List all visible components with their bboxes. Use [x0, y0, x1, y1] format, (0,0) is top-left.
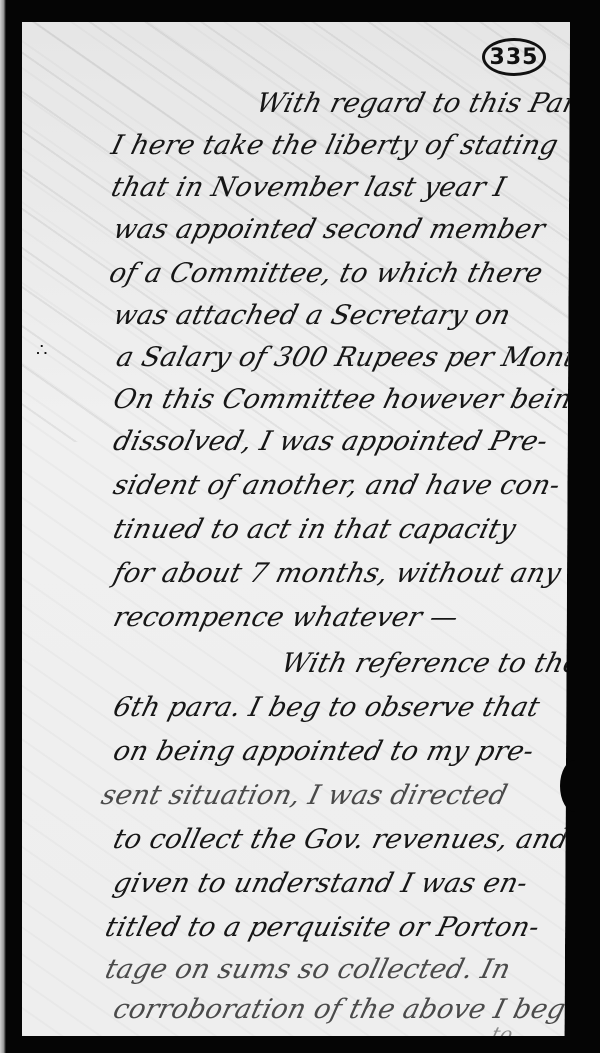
folio-number-stamp: 335 — [482, 38, 546, 76]
manuscript-line: recompence whatever — — [110, 602, 461, 633]
folio-number: 335 — [490, 45, 539, 70]
catchword: to — [489, 1022, 515, 1046]
manuscript-line: With regard to this Para. — [253, 88, 600, 119]
manuscript-line: With reference to the — [278, 648, 583, 679]
manuscript-line: on being appointed to my pre- — [110, 736, 537, 767]
binding-hole — [560, 760, 590, 812]
manuscript-line: for about 7 months, without any — [110, 558, 564, 589]
manuscript-line: titled to a perquisite or Porton- — [102, 912, 542, 943]
margin-mark: ∴ — [36, 340, 45, 361]
manuscript-line: sident of another, and have con- — [110, 470, 563, 501]
manuscript-line: 6th para. I beg to observe that — [110, 692, 543, 723]
manuscript-line: tinued to act in that capacity — [110, 514, 519, 545]
manuscript-line: corroboration of the above I beg — [110, 994, 569, 1025]
manuscript-line: given to understand I was en- — [110, 868, 531, 899]
manuscript-line: of a Committee, to which there — [106, 258, 546, 289]
manuscript-line: to collect the Gov. revenues, and — [110, 824, 572, 855]
manuscript-line: dissolved, I was appointed Pre- — [110, 426, 551, 457]
manuscript-line: tage on sums so collected. In — [102, 954, 514, 985]
manuscript-line: was appointed second member — [110, 214, 548, 245]
manuscript-line: I here take the liberty of stating — [108, 130, 561, 161]
manuscript-line: sent situation, I was directed — [98, 780, 510, 811]
manuscript-line: was attached a Secretary on — [110, 300, 514, 331]
manuscript-line: a Salary of 300 Rupees per Month. — [113, 342, 600, 373]
adjacent-page-edge — [0, 0, 6, 1053]
manuscript-line: that in November last year I — [108, 172, 509, 203]
manuscript-page: 335 ∴ With regard to this Para. I here t… — [22, 22, 570, 1036]
manuscript-line: On this Committee however being — [110, 384, 592, 415]
